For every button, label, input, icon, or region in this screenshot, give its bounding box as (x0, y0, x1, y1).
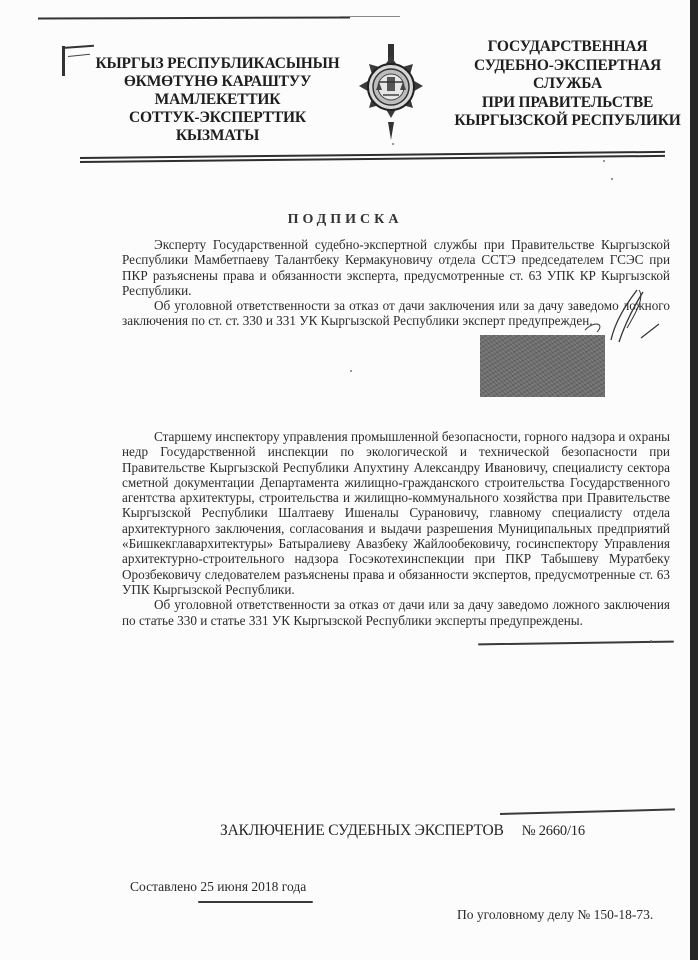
header-left-line: МАМЛЕКЕТТИК (95, 91, 340, 109)
emblem-icon (355, 42, 427, 142)
header-right-line: ГОСУДАРСТВЕННАЯ (450, 38, 685, 57)
section2-rights-paragraph: Старшему инспектору управления промышлен… (122, 429, 670, 597)
scan-speck (611, 178, 613, 180)
top-rule (38, 16, 350, 19)
scan-speck (603, 160, 605, 162)
scan-speck (350, 370, 352, 372)
header-kyrgyz-org-name: КЫРГЫЗ РЕСПУБЛИКАСЫНЫН ӨКМӨТҮНӨ КАРАШТУУ… (95, 55, 340, 145)
header-right-line: СЛУЖБА (450, 75, 685, 94)
header-left-line: СОТТУК-ЭКСПЕРТТИК (95, 109, 340, 127)
section2-liability-paragraph: Об уголовной ответственности за отказ от… (122, 597, 670, 628)
scan-speck (650, 640, 652, 642)
header-russian-org-name: ГОСУДАРСТВЕННАЯ СУДЕБНО-ЭКСПЕРТНАЯ СЛУЖБ… (450, 38, 685, 131)
handwritten-underline (478, 641, 674, 646)
scanned-page: КЫРГЫЗ РЕСПУБЛИКАСЫНЫН ӨКМӨТҮНӨ КАРАШТУУ… (0, 0, 690, 960)
header-right-line: ПРИ ПРАВИТЕЛЬСТВЕ (450, 94, 685, 113)
signature-icon (575, 288, 665, 348)
conclusion-number: № 2660/16 (522, 823, 585, 839)
scan-dark-edge (690, 0, 698, 960)
header-right-line: СУДЕБНО-ЭКСПЕРТНАЯ (450, 57, 685, 76)
scan-speck (392, 143, 394, 145)
header-right-line: КЫРГЫЗСКОЙ РЕСПУБЛИКИ (450, 112, 685, 131)
conclusion-title: ЗАКЛЮЧЕНИЕ СУДЕБНЫХ ЭКСПЕРТОВ (220, 822, 504, 839)
header-left-line: ӨКМӨТҮНӨ КАРАШТУУ (95, 73, 340, 91)
compiled-date: Составлено 25 июня 2018 года (130, 879, 306, 895)
conclusion-heading: ЗАКЛЮЧЕНИЕ СУДЕБНЫХ ЭКСПЕРТОВ№ 2660/16 (220, 822, 585, 840)
section-2: Старшему инспектору управления промышлен… (122, 429, 670, 628)
case-number: По уголовному делу № 150-18-73. (457, 907, 653, 923)
header-left-line: КЫЗМАТЫ (95, 127, 340, 145)
top-rule-fragment (340, 16, 400, 17)
date-underline (198, 901, 313, 903)
corner-stamp-mark (58, 44, 98, 76)
header-left-line: КЫРГЫЗ РЕСПУБЛИКАСЫНЫН (95, 55, 340, 73)
conclusion-rule (500, 808, 675, 814)
document-title: ПОДПИСКА (0, 212, 690, 228)
